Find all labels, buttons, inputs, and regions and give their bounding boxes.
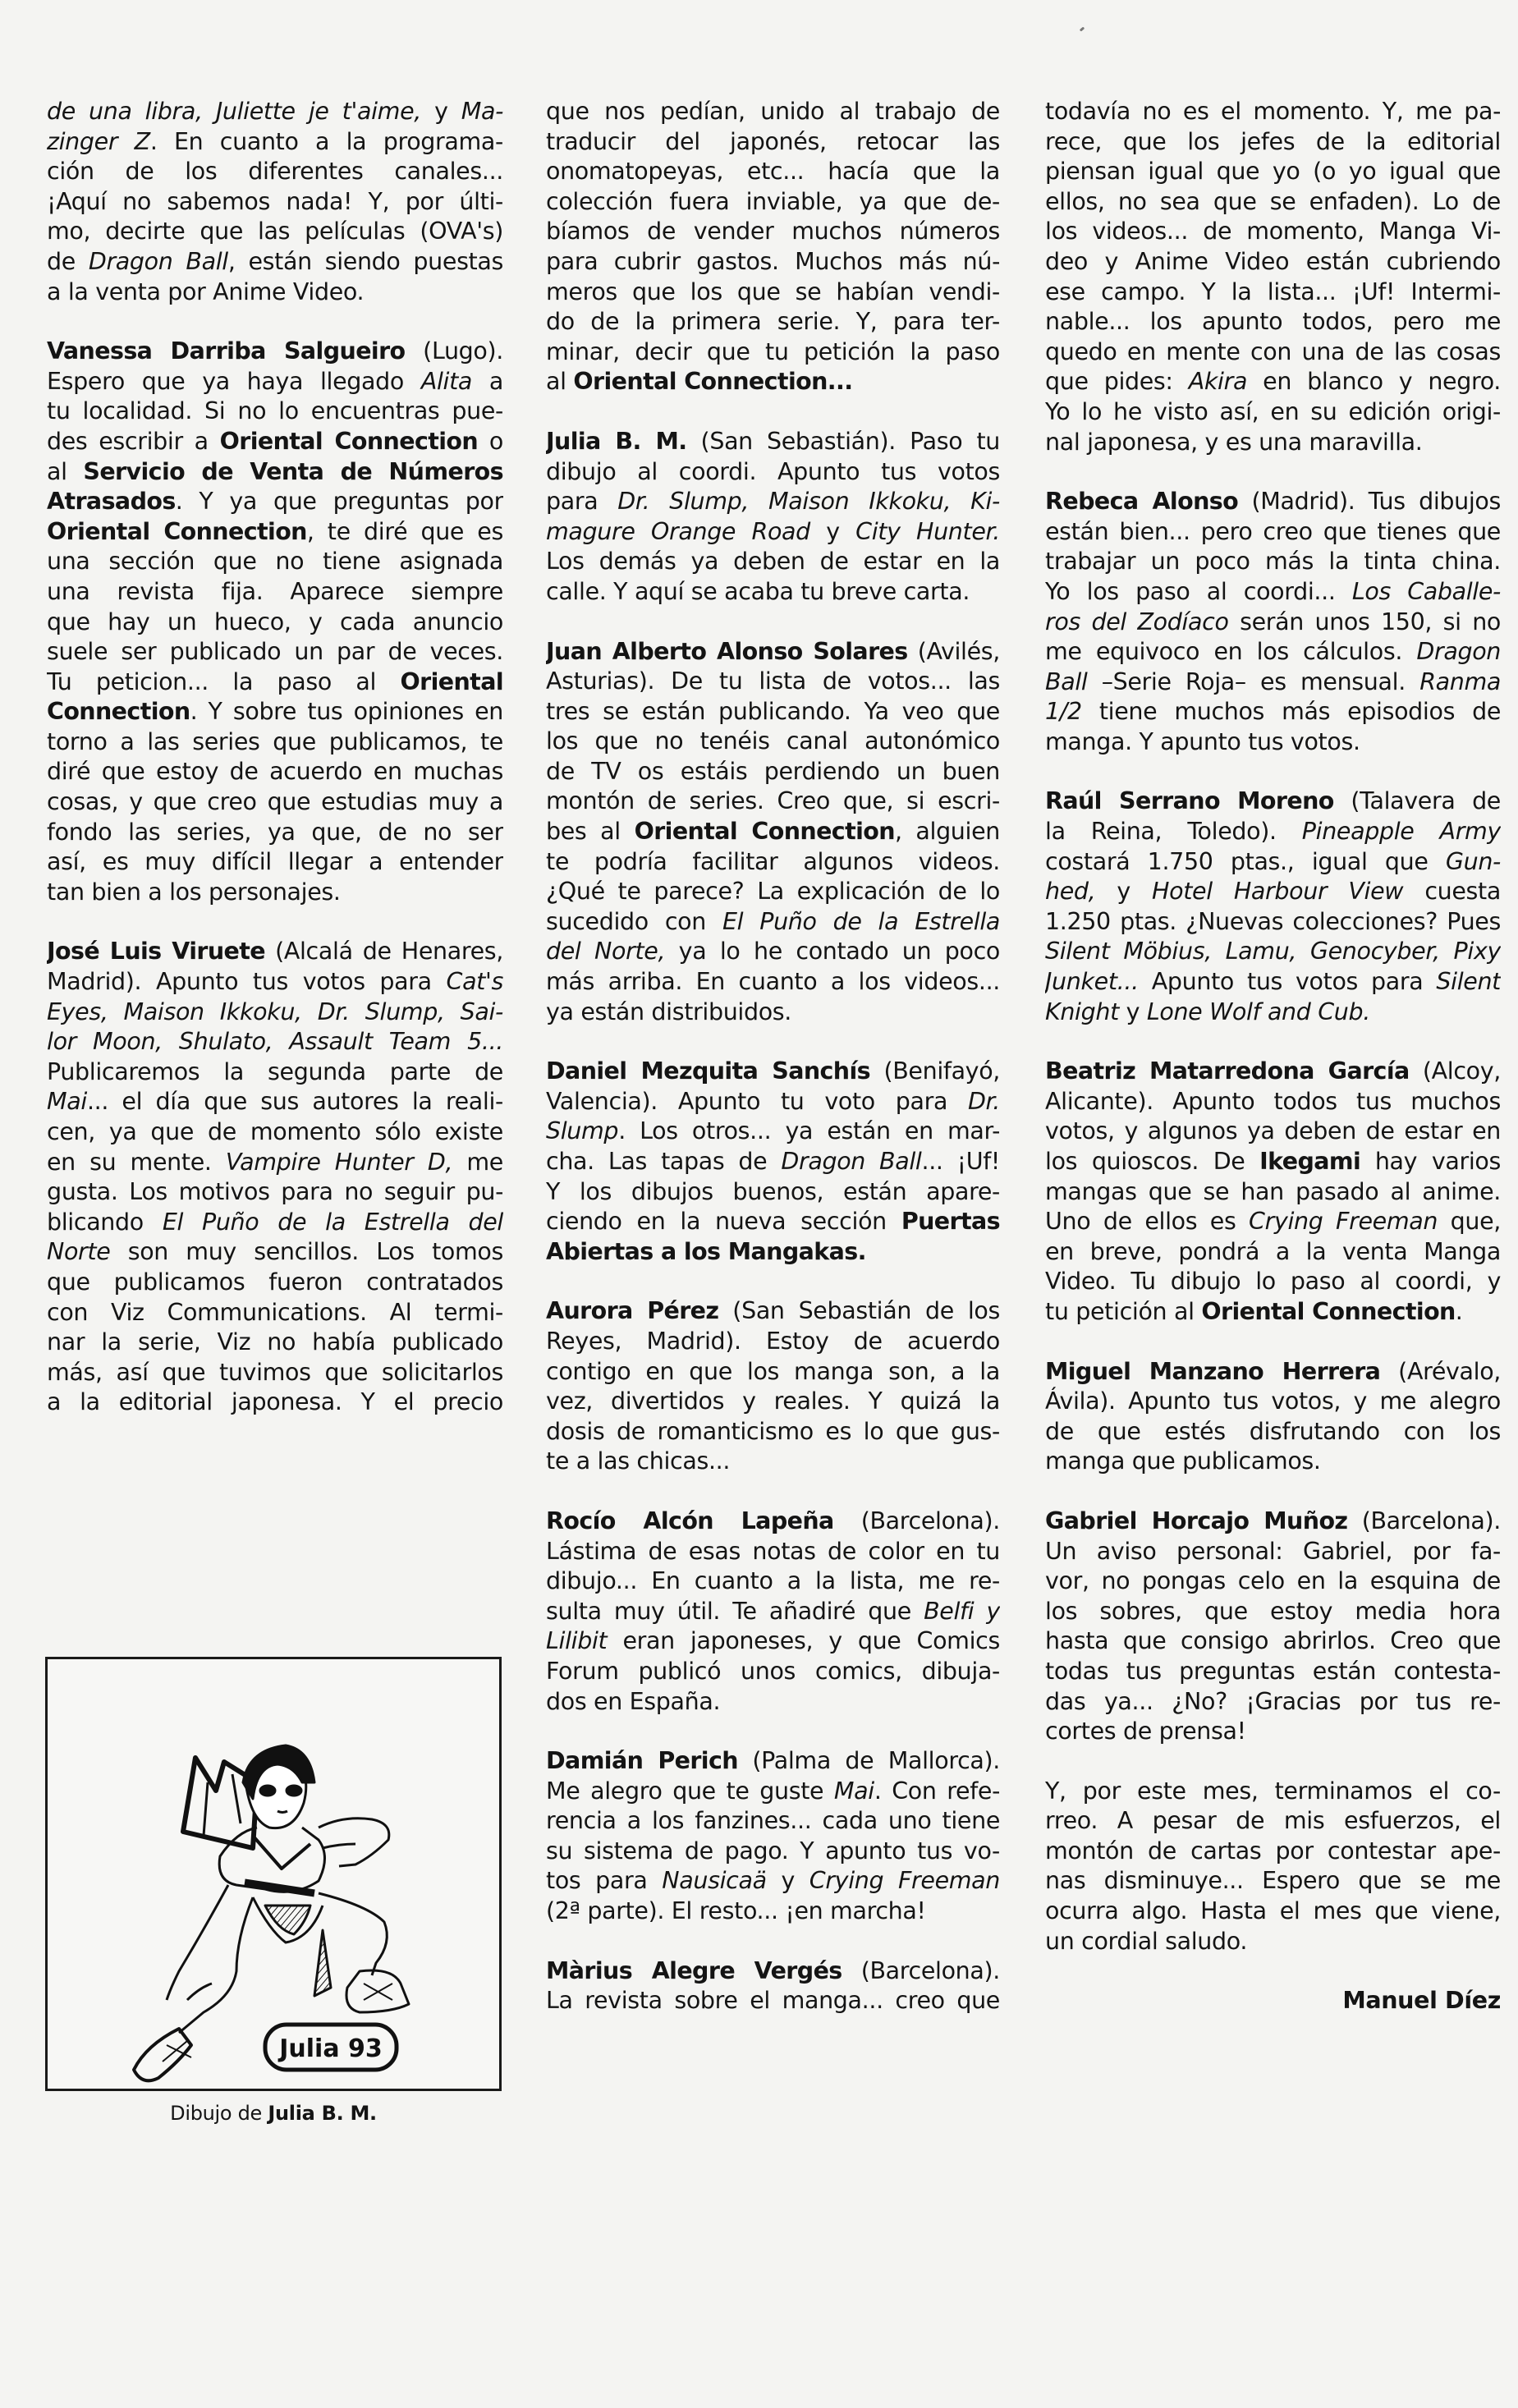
text-line: Publicaremos la segunda parte de bbox=[47, 1057, 503, 1088]
text-line: para cubrir gastos. Muchos más nú- bbox=[546, 247, 1000, 277]
text-run: ya lo he contado un poco bbox=[665, 938, 1000, 965]
text-run: traducir del japonés, retocar las bbox=[546, 128, 1000, 155]
text-line: Connection. Y sobre tus opiniones en bbox=[47, 697, 503, 727]
italic-title: Nausicaä bbox=[662, 1867, 766, 1894]
text-line: do de la primera serie. Y, para ter- bbox=[546, 307, 1000, 337]
text-run: onomatopeyas, etc... hacía que la bbox=[546, 158, 1000, 185]
text-line: Silent Möbius, Lamu, Genocyber, Pixy bbox=[1045, 937, 1501, 967]
text-line: ya están distribuidos. bbox=[546, 998, 1000, 1028]
text-run: en su mente. bbox=[47, 1149, 226, 1176]
text-run: . En cuanto a la programa- bbox=[150, 128, 503, 155]
bold-name: Daniel Mezquita Sanchís bbox=[546, 1057, 870, 1085]
text-run: me bbox=[452, 1149, 503, 1176]
text-line: nable... los apunto todos, pero me bbox=[1045, 307, 1501, 337]
text-run: una revista fija. Aparece siempre bbox=[47, 578, 503, 605]
text-run: Forum publicó unos comics, dibuja- bbox=[546, 1658, 1000, 1685]
italic-title: Eyes, Maison Ikkoku, Dr. Slump, Sai- bbox=[47, 998, 503, 1025]
text-run: (Barcelona). bbox=[1347, 1507, 1501, 1534]
text-line: diré que estoy de acuerdo en muchas bbox=[47, 757, 503, 787]
italic-title: Dragon Ball bbox=[89, 248, 228, 275]
text-line: dibujo... En cuanto a la lista, me re- bbox=[546, 1566, 1000, 1597]
text-line: bíamos de vender muchos números bbox=[546, 217, 1000, 247]
text-run: ya están distribuidos. bbox=[546, 998, 791, 1025]
italic-title: Cat's bbox=[447, 968, 503, 995]
text-run: Madrid). Apunto tus votos para bbox=[47, 968, 447, 995]
text-run: tan bien a los personajes. bbox=[47, 878, 341, 906]
text-line: dos en España. bbox=[546, 1687, 1000, 1718]
text-run: nar la serie, Viz no había publicado bbox=[47, 1328, 503, 1355]
bold-name: Puertas bbox=[901, 1208, 1000, 1235]
text-run: diré que estoy de acuerdo en muchas bbox=[47, 758, 503, 785]
text-line: Lilibit eran japoneses, y que Comics bbox=[546, 1626, 1000, 1657]
text-run: Ávila). Apunto tus votos, y me alegro bbox=[1045, 1387, 1501, 1415]
text-run: Apunto tus votos para bbox=[1139, 968, 1437, 995]
text-run: que publicamos fueron contratados bbox=[47, 1268, 503, 1296]
italic-title: El Puño de la Estrella del bbox=[163, 1209, 503, 1236]
text-line: tu petición al Oriental Connection. bbox=[1045, 1297, 1501, 1328]
text-line: nas disminuye... Espero que se me bbox=[1045, 1866, 1501, 1897]
italic-title: lor Moon, Shulato, Assault Team 5... bbox=[47, 1028, 503, 1055]
text-run: bes al bbox=[546, 818, 635, 845]
italic-title: Los Caballe- bbox=[1352, 578, 1501, 605]
letter-paragraph: José Luis Viruete (Alcalá de Henares,Mad… bbox=[47, 937, 503, 1418]
text-run: Un aviso personal: Gabriel, por fa- bbox=[1045, 1538, 1501, 1565]
italic-title: del Norte, bbox=[546, 938, 665, 965]
italic-title: Belfi y bbox=[924, 1598, 1000, 1625]
bold-name: Màrius Alegre Vergés bbox=[546, 1957, 842, 1984]
bold-name: Julia B. M. bbox=[546, 428, 686, 455]
text-run: una sección que no tiene asignada bbox=[47, 548, 503, 575]
letter-paragraph: Rocío Alcón Lapeña (Barcelona).Lástima d… bbox=[546, 1507, 1000, 1717]
text-run: montón de cartas por contestar ape- bbox=[1045, 1837, 1501, 1864]
text-line: Eyes, Maison Ikkoku, Dr. Slump, Sai- bbox=[47, 998, 503, 1028]
text-line: votos, y algunos ya deben de estar en bbox=[1045, 1117, 1501, 1147]
letter-paragraph: de una libra, Juliette je t'aime, y Ma-z… bbox=[47, 97, 503, 307]
text-run: los sobres, que estoy media hora bbox=[1045, 1598, 1501, 1625]
text-line: mangas que se han pasado al anime. bbox=[1045, 1177, 1501, 1208]
text-line: Forum publicó unos comics, dibuja- bbox=[546, 1657, 1000, 1687]
text-line: su sistema de pago. Y apunto tus vo- bbox=[546, 1837, 1000, 1867]
text-run: (Arévalo, bbox=[1380, 1358, 1501, 1385]
text-run: do de la primera serie. Y, para ter- bbox=[546, 308, 1000, 335]
text-run: Uno de ellos es bbox=[1045, 1208, 1249, 1235]
text-run: suele ser publicado un par de veces. bbox=[47, 638, 503, 665]
text-run: serán unos 150, si no bbox=[1229, 608, 1501, 635]
text-run: dibujo al coordi. Apunto tus votos bbox=[546, 458, 1000, 485]
text-run: tu localidad. Si no lo encuentras pue- bbox=[47, 397, 503, 424]
text-run: quedo en mente con una de las cosas bbox=[1045, 338, 1501, 365]
text-run: Tu peticion... la paso al bbox=[47, 668, 401, 695]
text-line: hasta que consigo abrirlos. Creo que bbox=[1045, 1626, 1501, 1657]
text-line: tos para Nausicaä y Crying Freeman bbox=[546, 1866, 1000, 1897]
italic-title: Ranma bbox=[1419, 668, 1501, 695]
bold-name: Connection bbox=[47, 698, 190, 725]
bold-name: Rocío Alcón Lapeña bbox=[546, 1507, 834, 1534]
bold-name: Oriental Connection bbox=[635, 818, 895, 845]
text-run: vor, no pongas celo en la esquina de bbox=[1045, 1567, 1501, 1594]
text-line: nar la serie, Viz no había publicado bbox=[47, 1328, 503, 1358]
bold-name: Raúl Serrano Moreno bbox=[1045, 787, 1334, 814]
italic-title: Silent Möbius, Lamu, Genocyber, Pixy bbox=[1045, 938, 1501, 965]
text-run: mangas que se han pasado al anime. bbox=[1045, 1178, 1501, 1205]
text-run: ¡Aquí no sabemos nada! Y, por últi- bbox=[47, 188, 503, 215]
italic-title: de una libra, Juliette je t'aime, bbox=[47, 98, 434, 125]
text-line: sulta muy útil. Te añadiré que Belfi y bbox=[546, 1597, 1000, 1627]
text-run: rreo. A pesar de mis esfuerzos, el bbox=[1045, 1807, 1501, 1834]
text-run: ¿Qué te parece? La explicación de lo bbox=[546, 878, 1000, 905]
text-run: o bbox=[478, 428, 503, 455]
text-run: me equivoco en los cálculos. bbox=[1045, 638, 1416, 665]
text-run: y bbox=[1095, 878, 1152, 905]
text-run: Alicante). Apunto todos tus muchos bbox=[1045, 1088, 1501, 1115]
letter-paragraph: Vanessa Darriba Salgueiro (Lugo).Espero … bbox=[47, 337, 503, 907]
text-line: vor, no pongas celo en la esquina de bbox=[1045, 1566, 1501, 1597]
text-line: de Dragon Ball, están siendo puestas bbox=[47, 247, 503, 277]
text-line: rencia a los fanzines... cada uno tiene bbox=[546, 1806, 1000, 1837]
bold-name: Miguel Manzano Herrera bbox=[1045, 1358, 1380, 1385]
italic-title: Norte bbox=[47, 1238, 110, 1265]
text-line: zinger Z. En cuanto a la programa- bbox=[47, 127, 503, 158]
text-run: a la venta por Anime Video. bbox=[47, 278, 364, 305]
text-line: ¿Qué te parece? La explicación de lo bbox=[546, 877, 1000, 907]
text-line: más arriba. En cuanto a los videos... bbox=[546, 967, 1000, 998]
text-run: Espero que ya haya llegado bbox=[47, 368, 421, 395]
text-line: rece, que los jefes de la editorial bbox=[1045, 127, 1501, 158]
text-line: más, así que tuvimos que solicitarlos bbox=[47, 1358, 503, 1388]
text-line: piensan igual que yo (o yo igual que bbox=[1045, 157, 1501, 187]
text-run: todas tus preguntas están contesta- bbox=[1045, 1658, 1501, 1685]
text-run: (Barcelona). bbox=[834, 1507, 1000, 1534]
text-line: Mai... el día que sus autores la reali- bbox=[47, 1087, 503, 1117]
text-run: Y, por este mes, terminamos el co- bbox=[1045, 1777, 1501, 1805]
text-line: Madrid). Apunto tus votos para Cat's bbox=[47, 967, 503, 998]
text-run: (San Sebastián). Paso tu bbox=[686, 428, 1000, 455]
text-run: . Y ya que preguntas por bbox=[176, 488, 503, 515]
text-line: cen, ya que de momento sólo existe bbox=[47, 1117, 503, 1148]
italic-title: Mai bbox=[47, 1088, 87, 1115]
text-run: son muy sencillos. Los tomos bbox=[110, 1238, 503, 1265]
text-line: así, es muy difícil llegar a entender bbox=[47, 847, 503, 878]
text-run: dosis de romanticismo es lo que gus- bbox=[546, 1418, 1000, 1445]
text-line: Knight y Lone Wolf and Cub. bbox=[1045, 998, 1501, 1028]
text-line: Beatriz Matarredona García (Alcoy, bbox=[1045, 1057, 1501, 1087]
reader-drawing-figure: Julia 93 bbox=[45, 1657, 502, 2091]
text-run: hay varios bbox=[1360, 1148, 1501, 1175]
text-line: la Reina, Toledo). Pineapple Army bbox=[1045, 817, 1501, 847]
text-line: tan bien a los personajes. bbox=[47, 878, 503, 908]
text-line: los sobres, que estoy media hora bbox=[1045, 1597, 1501, 1627]
letter-paragraph: Y, por este mes, terminamos el co-rreo. … bbox=[1045, 1777, 1501, 1957]
bold-name: Oriental Connection bbox=[220, 428, 479, 455]
text-run: blicando bbox=[47, 1209, 163, 1236]
letter-paragraph: Daniel Mezquita Sanchís (Benifayó,Valenc… bbox=[546, 1057, 1000, 1267]
text-line: gusta. Los motivos para no seguir pu- bbox=[47, 1177, 503, 1208]
text-line: de que estés disfrutando con los bbox=[1045, 1417, 1501, 1447]
text-run: bíamos de vender muchos números bbox=[546, 218, 1000, 245]
text-run: Reyes, Madrid). Estoy de acuerdo bbox=[546, 1328, 1000, 1355]
bold-name: Ikegami bbox=[1259, 1148, 1360, 1175]
italic-title: Lilibit bbox=[546, 1627, 607, 1654]
text-run: Lástima de esas notas de color en tu bbox=[546, 1538, 1000, 1565]
text-run: tres se están publicando. Ya veo que bbox=[546, 698, 1000, 725]
text-line: tu localidad. Si no lo encuentras pue- bbox=[47, 397, 503, 427]
italic-title: Hotel Harbour View bbox=[1152, 878, 1403, 905]
text-run: ellos, no sea que se enfaden). Lo de bbox=[1045, 188, 1501, 215]
text-line: fondo las series, ya que, de no ser bbox=[47, 818, 503, 848]
italic-title: Slump bbox=[546, 1117, 618, 1144]
text-run: hasta que consigo abrirlos. Creo que bbox=[1045, 1627, 1501, 1654]
text-run: ... ¡Uf! bbox=[921, 1148, 1000, 1175]
text-line: Asturias). De tu lista de votos... las bbox=[546, 667, 1000, 697]
text-line: minar, decir que tu petición la paso bbox=[546, 337, 1000, 368]
text-run: –Serie Roja– es mensual. bbox=[1087, 668, 1419, 695]
text-run: de bbox=[47, 248, 89, 275]
text-run: rencia a los fanzines... cada uno tiene bbox=[546, 1807, 1000, 1834]
text-run: , alguien bbox=[895, 818, 1000, 845]
text-run: (Madrid). Tus dibujos bbox=[1238, 488, 1501, 515]
text-line: traducir del japonés, retocar las bbox=[546, 127, 1000, 158]
text-line: vez, divertidos y reales. Y quizá la bbox=[546, 1387, 1000, 1417]
text-run: nable... los apunto todos, pero me bbox=[1045, 308, 1501, 335]
text-line: Espero que ya haya llegado Alita a bbox=[47, 367, 503, 397]
italic-title: City Hunter. bbox=[855, 518, 1000, 545]
text-run: minar, decir que tu petición la paso bbox=[546, 338, 1000, 365]
letters-column-3: todavía no es el momento. Y, me pa-rece,… bbox=[1045, 97, 1501, 2016]
italic-title: Silent bbox=[1436, 968, 1501, 995]
text-run: tiene muchos más episodios de bbox=[1082, 698, 1501, 725]
text-line: onomatopeyas, etc... hacía que la bbox=[546, 157, 1000, 187]
italic-title: Vampire Hunter D, bbox=[226, 1149, 452, 1176]
text-run: piensan igual que yo (o yo igual que bbox=[1045, 158, 1501, 185]
text-line: Aurora Pérez (San Sebastián de los bbox=[546, 1296, 1000, 1327]
letter-paragraph: Rebeca Alonso (Madrid). Tus dibujosestán… bbox=[1045, 487, 1501, 757]
text-run: te podría facilitar algunos videos. bbox=[546, 848, 1000, 875]
italic-title: Ball bbox=[1045, 668, 1087, 695]
text-line: (2ª parte). El resto... ¡en marcha! bbox=[546, 1897, 1000, 1927]
text-line: hed, y Hotel Harbour View cuesta bbox=[1045, 877, 1501, 907]
text-line: todavía no es el momento. Y, me pa- bbox=[1045, 97, 1501, 127]
text-run: Asturias). De tu lista de votos... las bbox=[546, 667, 1000, 695]
text-run: Yo lo he visto así, en su edición origi- bbox=[1045, 398, 1501, 425]
italic-title: Lone Wolf and Cub. bbox=[1147, 998, 1370, 1025]
text-line: cha. Las tapas de Dragon Ball... ¡Uf! bbox=[546, 1147, 1000, 1177]
text-line: trabajar un poco más la tinta china. bbox=[1045, 547, 1501, 577]
text-line: Raúl Serrano Moreno (Talavera de bbox=[1045, 787, 1501, 817]
text-line: Julia B. M. (San Sebastián). Paso tu bbox=[546, 427, 1000, 457]
text-line: los videos... de momento, Manga Vi- bbox=[1045, 217, 1501, 247]
text-line: 1.250 ptas. ¿Nuevas colecciones? Pues bbox=[1045, 907, 1501, 938]
text-line: Un aviso personal: Gabriel, por fa- bbox=[1045, 1537, 1501, 1567]
text-line: Valencia). Apunto tu voto para Dr. bbox=[546, 1087, 1000, 1117]
text-line: están bien... pero creo que tienes que bbox=[1045, 517, 1501, 548]
bold-name: Abiertas a los Mangakas. bbox=[546, 1238, 866, 1265]
italic-title: zinger Z bbox=[47, 128, 150, 155]
text-line: Juan Alberto Alonso Solares (Avilés, bbox=[546, 637, 1000, 667]
text-run: (San Sebastián de los bbox=[718, 1297, 1000, 1324]
text-line: dibujo al coordi. Apunto tus votos bbox=[546, 457, 1000, 488]
text-run: . bbox=[1456, 1298, 1463, 1325]
text-run: y bbox=[434, 98, 461, 125]
text-line: que nos pedían, unido al trabajo de bbox=[546, 97, 1000, 127]
print-speck bbox=[1080, 26, 1085, 31]
text-line: deo y Anime Video están cubriendo bbox=[1045, 247, 1501, 277]
editor-signature: Manuel Díez bbox=[1045, 1986, 1501, 2016]
letter-paragraph: todavía no es el momento. Y, me pa-rece,… bbox=[1045, 97, 1501, 457]
text-run: manga. Y apunto tus votos. bbox=[1045, 728, 1360, 755]
text-run: y bbox=[810, 518, 855, 545]
text-line: una revista fija. Aparece siempre bbox=[47, 577, 503, 608]
text-run: de TV os estáis perdiendo un buen bbox=[546, 758, 1000, 785]
text-run: al bbox=[546, 368, 573, 395]
text-run: dibujo... En cuanto a la lista, me re- bbox=[546, 1567, 1000, 1594]
text-run: en blanco y negro. bbox=[1247, 368, 1501, 395]
text-line: quedo en mente con una de las cosas bbox=[1045, 337, 1501, 368]
text-line: torno a las series que publicamos, te bbox=[47, 727, 503, 758]
text-run: a la editorial japonesa. Y el precio bbox=[47, 1388, 503, 1415]
letter-paragraph: Gabriel Horcajo Muñoz (Barcelona).Un avi… bbox=[1045, 1507, 1501, 1747]
text-run: ... el día que sus autores la reali- bbox=[87, 1088, 503, 1115]
text-line: cortes de prensa! bbox=[1045, 1717, 1501, 1747]
text-line: Me alegro que te guste Mai. Con refe- bbox=[546, 1777, 1000, 1807]
text-run: para cubrir gastos. Muchos más nú- bbox=[546, 248, 1000, 275]
text-run: torno a las series que publicamos, te bbox=[47, 728, 503, 755]
text-run: , están siendo puestas bbox=[228, 248, 503, 275]
text-line: todas tus preguntas están contesta- bbox=[1045, 1657, 1501, 1687]
letter-paragraph: que nos pedían, unido al trabajo detradu… bbox=[546, 97, 1000, 397]
bold-name: Oriental bbox=[401, 668, 504, 695]
text-run: su sistema de pago. Y apunto tus vo- bbox=[546, 1837, 1000, 1864]
text-run: de que estés disfrutando con los bbox=[1045, 1418, 1501, 1445]
text-line: des escribir a Oriental Connection o bbox=[47, 427, 503, 457]
text-run: a bbox=[472, 368, 503, 395]
text-line: mo, decirte que las películas (OVA's) bbox=[47, 217, 503, 247]
text-run: todavía no es el momento. Y, me pa- bbox=[1045, 98, 1501, 125]
text-run: con Viz Communications. Al termi- bbox=[47, 1299, 503, 1326]
italic-title: Gun- bbox=[1446, 848, 1501, 875]
text-line: Yo los paso al coordi... Los Caballe- bbox=[1045, 577, 1501, 608]
bold-name: Gabriel Horcajo Muñoz bbox=[1045, 1507, 1347, 1534]
text-line: para Dr. Slump, Maison Ikkoku, Ki- bbox=[546, 487, 1000, 517]
text-line: al Servicio de Venta de Números bbox=[47, 457, 503, 488]
text-run: sulta muy útil. Te añadiré que bbox=[546, 1598, 924, 1625]
text-run: cha. Las tapas de bbox=[546, 1148, 781, 1175]
text-line: bes al Oriental Connection, alguien bbox=[546, 817, 1000, 847]
text-run: colección fuera inviable, ya que de- bbox=[546, 188, 1000, 215]
italic-title: Junket... bbox=[1045, 968, 1139, 995]
text-run: (2ª parte). El resto... ¡en marcha! bbox=[546, 1897, 926, 1924]
text-line: Vanessa Darriba Salgueiro (Lugo). bbox=[47, 337, 503, 367]
text-line: Rebeca Alonso (Madrid). Tus dibujos bbox=[1045, 487, 1501, 517]
bold-name: Rebeca Alonso bbox=[1045, 488, 1238, 515]
text-line: blicando El Puño de la Estrella del bbox=[47, 1208, 503, 1238]
letter-paragraph: Màrius Alegre Vergés (Barcelona).La revi… bbox=[546, 1956, 1000, 2016]
text-line: del Norte, ya lo he contado un poco bbox=[546, 937, 1000, 967]
bold-name: Oriental Connection... bbox=[573, 368, 852, 395]
text-line: contigo en que los manga son, a la bbox=[546, 1357, 1000, 1387]
letters-column-2: que nos pedían, unido al trabajo detradu… bbox=[546, 97, 1000, 2046]
text-run: tos para bbox=[546, 1867, 662, 1894]
text-line: que hay un hueco, y cada anuncio bbox=[47, 608, 503, 638]
italic-title: Mai bbox=[834, 1777, 874, 1805]
text-line: Abiertas a los Mangakas. bbox=[546, 1237, 1000, 1268]
text-run: más, así que tuvimos que solicitarlos bbox=[47, 1359, 503, 1386]
caption-prefix: Dibujo de bbox=[170, 2102, 268, 2125]
text-line: Alicante). Apunto todos tus muchos bbox=[1045, 1087, 1501, 1117]
letter-paragraph: Julia B. M. (San Sebastián). Paso tudibu… bbox=[546, 427, 1000, 608]
text-run: que hay un hueco, y cada anuncio bbox=[47, 608, 503, 635]
text-run: das ya... ¿No? ¡Gracias por tus re- bbox=[1045, 1688, 1501, 1715]
text-run: los quioscos. De bbox=[1045, 1148, 1259, 1175]
text-run: así, es muy difícil llegar a entender bbox=[47, 848, 503, 875]
text-run: están bien... pero creo que tienes que bbox=[1045, 518, 1501, 545]
italic-title: Dr. bbox=[968, 1088, 1000, 1115]
italic-title: Dr. Slump, Maison Ikkoku, Ki- bbox=[617, 488, 1000, 515]
text-line: Slump. Los otros... ya están en mar- bbox=[546, 1117, 1000, 1147]
text-line: magure Orange Road y City Hunter. bbox=[546, 517, 1000, 548]
text-run: (Avilés, bbox=[908, 638, 1000, 665]
italic-title: Pineapple Army bbox=[1302, 818, 1501, 845]
text-line: que pides: Akira en blanco y negro. bbox=[1045, 367, 1501, 397]
text-line: La revista sobre el manga... creo que bbox=[546, 1986, 1000, 2016]
text-run: al bbox=[47, 458, 83, 485]
text-line: Tu peticion... la paso al Oriental bbox=[47, 667, 503, 698]
text-line: a la editorial japonesa. Y el precio bbox=[47, 1387, 503, 1418]
text-line: Lástima de esas notas de color en tu bbox=[546, 1537, 1000, 1567]
text-line: meros que los que se habían vendi- bbox=[546, 277, 1000, 308]
text-run: que pides: bbox=[1045, 368, 1189, 395]
text-run: deo y Anime Video están cubriendo bbox=[1045, 248, 1501, 275]
text-run: Los demás ya deben de estar en la bbox=[546, 548, 1000, 575]
text-run: ese campo. Y la lista... ¡Uf! Intermi- bbox=[1045, 278, 1501, 305]
italic-title: hed, bbox=[1045, 878, 1095, 905]
text-run: ocurra algo. Hasta el mes que viene, bbox=[1045, 1897, 1501, 1924]
text-line: en su mente. Vampire Hunter D, me bbox=[47, 1148, 503, 1178]
text-line: Y los dibujos buenos, están apare- bbox=[546, 1177, 1000, 1208]
text-line: Junket... Apunto tus votos para Silent bbox=[1045, 967, 1501, 998]
italic-title: Akira bbox=[1189, 368, 1247, 395]
text-line: Ávila). Apunto tus votos, y me alegro bbox=[1045, 1387, 1501, 1417]
artist-signature: Julia 93 bbox=[277, 2034, 383, 2063]
italic-title: 1/2 bbox=[1045, 698, 1082, 725]
text-run: meros que los que se habían vendi- bbox=[546, 278, 1000, 305]
text-run: rece, que los jefes de la editorial bbox=[1045, 128, 1501, 155]
text-run: des escribir a bbox=[47, 428, 220, 455]
text-line: ción de los diferentes canales... bbox=[47, 157, 503, 187]
text-run: (Alcoy, bbox=[1410, 1057, 1501, 1085]
text-line: los quioscos. De Ikegami hay varios bbox=[1045, 1147, 1501, 1177]
text-run: (Alcalá de Henares, bbox=[265, 938, 503, 965]
text-run: cuesta bbox=[1403, 878, 1501, 905]
text-run: (Palma de Mallorca). bbox=[738, 1747, 1000, 1774]
text-line: manga. Y apunto tus votos. bbox=[1045, 727, 1501, 758]
text-line: costará 1.750 ptas., igual que Gun- bbox=[1045, 847, 1501, 878]
text-run: Yo los paso al coordi... bbox=[1045, 578, 1352, 605]
text-run: (Benifayó, bbox=[870, 1057, 1000, 1085]
italic-title: Crying Freeman bbox=[1249, 1208, 1438, 1235]
text-line: cosas, y que creo que estudias muy a bbox=[47, 787, 503, 818]
text-run: cen, ya que de momento sólo existe bbox=[47, 1118, 503, 1145]
text-line: rreo. A pesar de mis esfuerzos, el bbox=[1045, 1806, 1501, 1837]
text-line: das ya... ¿No? ¡Gracias por tus re- bbox=[1045, 1687, 1501, 1718]
text-run: . Con refe- bbox=[874, 1777, 1000, 1805]
text-run: Y los dibujos buenos, están apare- bbox=[546, 1178, 1000, 1205]
text-line: Damián Perich (Palma de Mallorca). bbox=[546, 1746, 1000, 1777]
text-run: en breve, pondrá a la venta Manga bbox=[1045, 1238, 1501, 1265]
bold-name: Beatriz Matarredona García bbox=[1045, 1057, 1410, 1085]
text-run: . Y sobre tus opiniones en bbox=[190, 698, 503, 725]
text-line: Miguel Manzano Herrera (Arévalo, bbox=[1045, 1357, 1501, 1387]
text-run: Valencia). Apunto tu voto para bbox=[546, 1088, 968, 1115]
